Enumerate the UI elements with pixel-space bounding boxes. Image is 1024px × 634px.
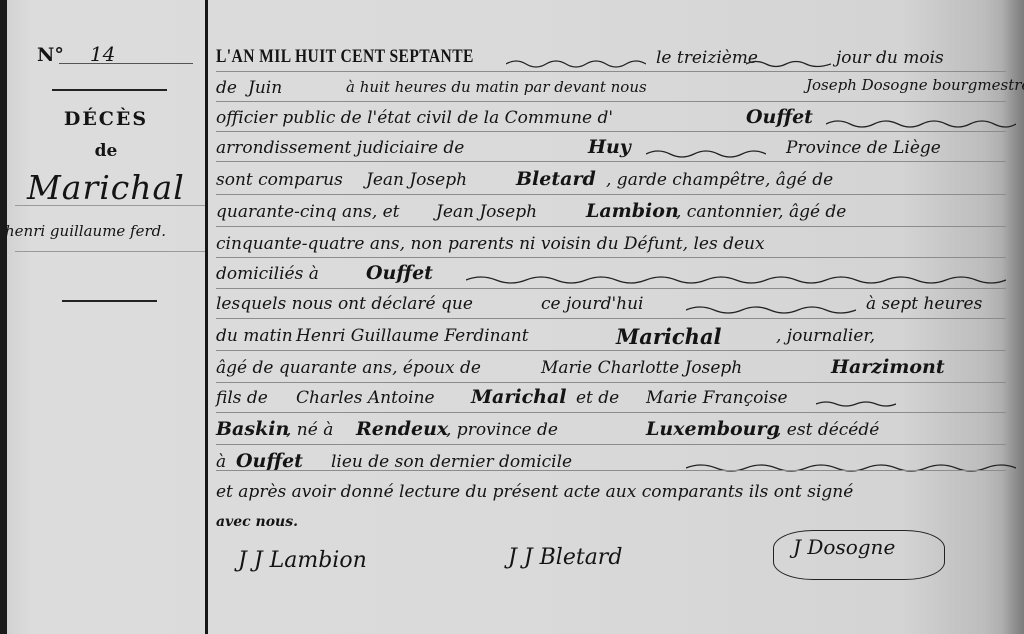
guide-line — [15, 205, 205, 206]
handwritten-text: domiciliés à — [216, 264, 319, 284]
handwritten-text: Marie Charlotte Joseph — [541, 358, 742, 378]
filler-squiggle — [506, 58, 646, 68]
handwritten-text: à huit heures du matin par devant nous — [346, 78, 647, 96]
record-body: L'AN MIL HUIT CENT SEPTANTE le treizième… — [208, 0, 1024, 634]
ruling-line — [216, 194, 1006, 195]
register-page: N° 14 DÉCÈS de Marichal henri guillaume … — [0, 0, 1024, 634]
record-line: quarante-cinq ans, et Jean Joseph Lambio… — [216, 200, 1006, 226]
handwritten-text: Huy — [588, 136, 631, 158]
ruling-line — [216, 470, 1006, 471]
filler-squiggle — [816, 398, 896, 408]
record-line: sont comparus Jean Joseph Bletard , gard… — [216, 168, 1006, 194]
record-line: âgé de quarante ans, époux de Marie Char… — [216, 356, 1006, 382]
filler-squiggle — [686, 304, 856, 314]
handwritten-text: , est décédé — [776, 420, 879, 440]
record-line: cinquante-quatre ans, non parents ni voi… — [216, 232, 1006, 258]
record-line: et après avoir donné lecture du présent … — [216, 480, 1006, 506]
handwritten-text: lieu de son dernier domicile — [331, 452, 572, 472]
handwritten-text: arrondissement judiciaire de — [216, 138, 464, 158]
record-line: arrondissement judiciaire de Huy Provinc… — [216, 136, 1006, 162]
handwritten-text: sont comparus — [216, 170, 343, 190]
handwritten-text: Marichal — [616, 324, 722, 349]
filler-squiggle — [746, 58, 831, 68]
handwritten-text: officier public de l'état civil de la Co… — [216, 108, 613, 128]
handwritten-text: Harzimont — [831, 356, 945, 378]
handwritten-text: , province de — [446, 420, 558, 440]
guide-line — [15, 251, 205, 252]
handwritten-text: du matin — [216, 326, 293, 346]
handwritten-text: de — [216, 78, 237, 98]
handwritten-text: cinquante-quatre ans, non parents ni voi… — [216, 234, 765, 254]
handwritten-text: Jean Joseph — [436, 202, 537, 222]
ruling-line — [216, 101, 1006, 102]
handwritten-text: à sept heures — [866, 294, 982, 314]
deceased-given-names: henri guillaume ferd. — [5, 222, 166, 240]
signature-bletard: J J Bletard — [508, 545, 622, 570]
page-edge-shadow — [0, 0, 7, 634]
handwritten-text: Luxembourg — [646, 418, 780, 440]
handwritten-text: , né à — [286, 420, 333, 440]
ruling-line — [216, 288, 1006, 289]
handwritten-text: Province de Liège — [786, 138, 941, 158]
ruling-line — [216, 257, 1006, 258]
handwritten-text: Rendeux — [356, 418, 448, 440]
record-type-heading: DÉCÈS — [7, 108, 205, 130]
signature-dosogne: J Dosogne — [793, 535, 895, 559]
handwritten-text: Marie Françoise — [646, 388, 788, 408]
handwritten-text: avec nous. — [216, 514, 298, 530]
filler-squiggle — [646, 148, 766, 158]
filler-squiggle — [826, 118, 1016, 128]
handwritten-text: , cantonnier, âgé de — [676, 202, 846, 222]
record-line: Baskin , né à Rendeux , province de Luxe… — [216, 418, 1006, 444]
handwritten-text: Lambion — [586, 200, 679, 222]
record-line: de Juin à huit heures du matin par devan… — [216, 76, 1006, 102]
handwritten-text: Juin — [248, 78, 282, 98]
handwritten-text: Ouffet — [236, 450, 303, 472]
record-line: du matin Henri Guillaume Ferdinant Maric… — [216, 324, 1006, 350]
handwritten-text: Jean Joseph — [366, 170, 467, 190]
ruling-line — [216, 226, 1006, 227]
ruling-line — [216, 71, 1006, 72]
handwritten-text: âgé de quarante ans, époux de — [216, 358, 481, 378]
handwritten-text: ce jourd'hui — [541, 294, 643, 314]
handwritten-text: Henri Guillaume Ferdinant — [296, 326, 529, 346]
handwritten-text: fils de — [216, 388, 268, 408]
filler-squiggle — [466, 274, 1006, 284]
handwritten-text: Ouffet — [366, 262, 433, 284]
ruling-line — [216, 412, 1006, 413]
record-line: domiciliés à Ouffet — [216, 262, 1006, 288]
ruling-line — [216, 131, 1006, 132]
ruling-line — [216, 350, 1006, 351]
deceased-surname: Marichal — [27, 168, 185, 207]
handwritten-text: quarante-cinq ans, et — [216, 202, 400, 222]
record-line: fils de Charles Antoine Marichal et de M… — [216, 386, 1006, 412]
handwritten-text: Ouffet — [746, 106, 813, 128]
handwritten-text: , garde champêtre, âgé de — [606, 170, 833, 190]
handwritten-text: Baskin — [216, 418, 289, 440]
handwritten-text: lesquels nous ont déclaré que — [216, 294, 473, 314]
record-line: L'AN MIL HUIT CENT SEPTANTE le treizième… — [216, 46, 1006, 72]
handwritten-text: et de — [576, 388, 619, 408]
number-underline — [59, 63, 193, 64]
handwritten-text: , journalier, — [776, 326, 875, 346]
printed-year: L'AN MIL HUIT CENT SEPTANTE — [216, 46, 474, 68]
ruling-line — [216, 444, 1006, 445]
handwritten-text: et après avoir donné lecture du présent … — [216, 482, 853, 502]
ruling-line — [216, 382, 1006, 383]
divider-rule — [62, 300, 157, 302]
handwritten-text: Charles Antoine — [296, 388, 435, 408]
record-line: officier public de l'état civil de la Co… — [216, 106, 1006, 132]
handwritten-text: Bletard — [516, 168, 596, 190]
record-type-preposition: de — [7, 141, 205, 161]
ruling-line — [216, 161, 1006, 162]
signature-lambion: J J Lambion — [238, 548, 367, 573]
handwritten-text: Joseph Dosogne bourgmestre — [806, 76, 1024, 94]
handwritten-text: le treizième — [656, 48, 758, 68]
record-line: lesquels nous ont déclaré que ce jourd'h… — [216, 292, 1006, 318]
ruling-line — [216, 318, 1006, 319]
margin-column: N° 14 DÉCÈS de Marichal henri guillaume … — [7, 0, 205, 634]
handwritten-text: jour du mois — [836, 48, 944, 68]
handwritten-text: à — [216, 452, 226, 472]
record-line: à Ouffet lieu de son dernier domicile — [216, 450, 1006, 476]
divider-rule — [52, 89, 167, 91]
handwritten-text: Marichal — [471, 386, 566, 408]
